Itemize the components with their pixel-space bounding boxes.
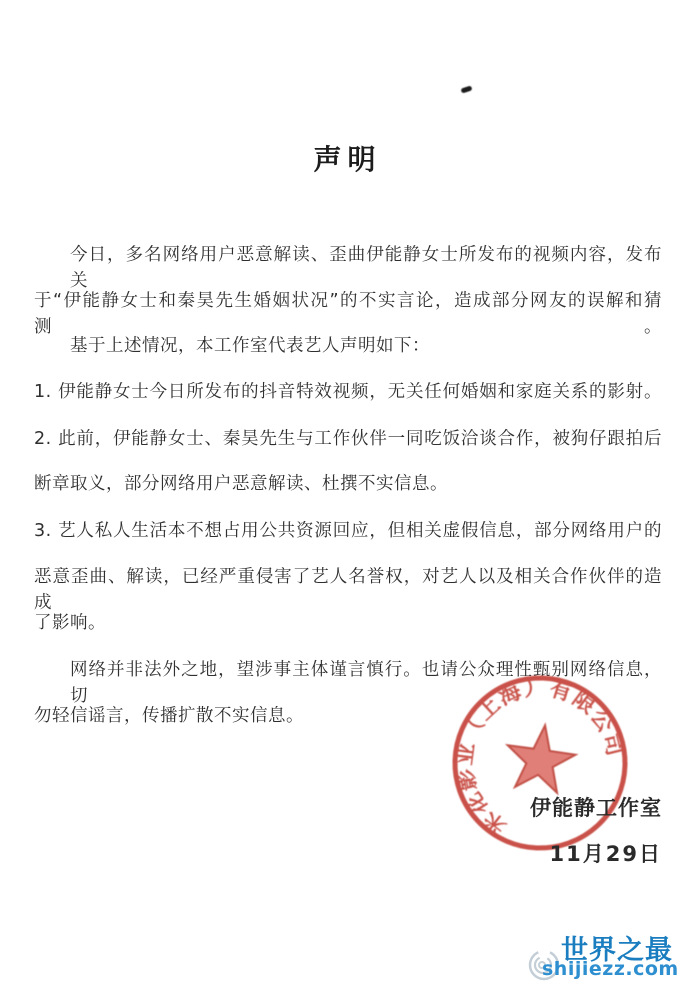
statement-line: 基于上述情况，本工作室代表艺人声明如下： — [34, 333, 662, 363]
statement-line: 2. 此前，伊能静女士、秦昊先生与工作伙伴一同吃饭洽谈合作，被狗仔跟拍后 — [34, 426, 662, 456]
statement-line: 3. 艺人私人生活本不想占用公共资源回应，但相关虚假信息，部分网络用户的 — [34, 518, 662, 548]
statement-document: 声明 今日，多名网络用户恶意解读、歪曲伊能静女士所发布的视频内容，发布关 于“伊… — [0, 0, 695, 1000]
signature-studio-name: 伊能静工作室 — [530, 792, 662, 822]
company-seal: 米花影业（上海）有限公司 — [445, 668, 635, 858]
page-title: 声明 — [0, 138, 695, 178]
statement-line: 今日，多名网络用户恶意解读、歪曲伊能静女士所发布的视频内容，发布关 — [34, 242, 662, 272]
statement-line: 1. 伊能静女士今日所发布的抖音特效视频，无关任何婚姻和家庭关系的影射。 — [34, 379, 662, 409]
statement-line: 断章取义，部分网络用户恶意解读、杜撰不实信息。 — [34, 471, 662, 501]
star-icon — [502, 721, 579, 795]
watermark: 世界之最 shijiezz.com — [525, 930, 685, 992]
statement-line: 了影响。 — [34, 610, 662, 640]
statement-line: 恶意歪曲、解读，已经严重侵害了艺人名誉权，对艺人以及相关合作伙伴的造成 — [34, 564, 662, 594]
watermark-domain: shijiezz.com — [542, 958, 679, 980]
statement-date: 11月29日 — [550, 838, 662, 868]
statement-line: 于“伊能静女士和秦昊先生婚姻状况”的不实言论，造成部分网友的误解和猜测。 — [34, 288, 662, 318]
